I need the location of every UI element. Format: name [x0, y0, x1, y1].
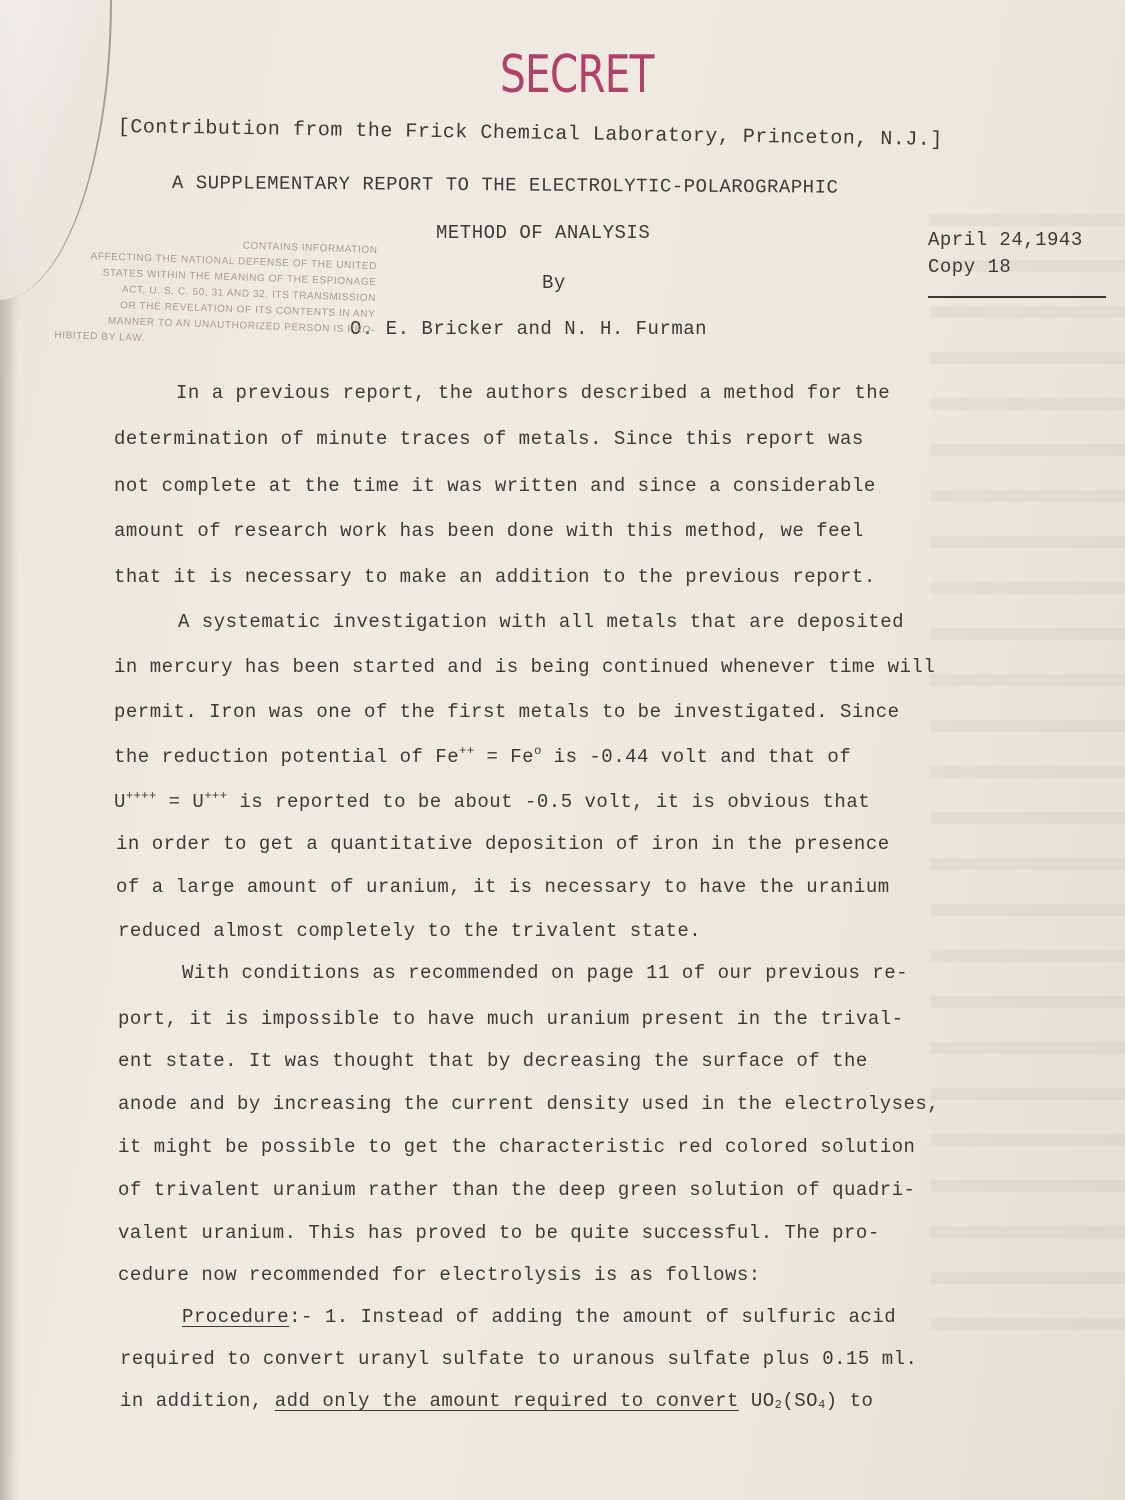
p3-line: anode and by increasing the current dens… — [118, 1093, 939, 1115]
p2-line: A systematic investigation with all meta… — [178, 611, 904, 633]
by-line: By — [542, 272, 566, 294]
copy-number: Copy 18 — [928, 256, 1011, 278]
superscript: ++++ — [126, 789, 157, 803]
text-segment: the reduction potential of Fe — [114, 746, 459, 768]
text-segment: :- 1. Instead of adding the amount of su… — [289, 1306, 896, 1328]
p3-line: cedure now recommended for electrolysis … — [118, 1264, 761, 1286]
p3-line: With conditions as recommended on page 1… — [182, 962, 908, 984]
secret-stamp: SECRET — [500, 45, 654, 105]
superscript: +++ — [204, 789, 227, 803]
superscript: ++ — [459, 744, 474, 758]
text-segment: U — [114, 791, 126, 813]
p3-line: port, it is impossible to have much uran… — [118, 1008, 904, 1030]
underlined-instruction: add only the amount required to convert — [275, 1390, 739, 1412]
p3-line: it might be possible to get the characte… — [118, 1136, 915, 1158]
text-segment: (SO — [782, 1390, 818, 1412]
p2-line: in mercury has been started and is being… — [114, 656, 935, 678]
p1-line: not complete at the time it was written … — [114, 475, 876, 497]
bleed-through-text — [930, 180, 1125, 1330]
p3-line: ent state. It was thought that by decrea… — [118, 1050, 868, 1072]
text-segment: = U — [157, 791, 205, 813]
espionage-act-stamp: CONTAINS INFORMATION AFFECTING THE NATIO… — [54, 232, 378, 355]
p2-line: in order to get a quantitative depositio… — [116, 833, 890, 855]
authors: O. E. Bricker and N. H. Furman — [350, 318, 707, 340]
text-segment: is -0.44 volt and that of — [542, 746, 851, 768]
p1-line: In a previous report, the authors descri… — [176, 382, 890, 404]
p1-line: amount of research work has been done wi… — [114, 520, 864, 542]
text-segment: in addition, — [120, 1390, 275, 1412]
procedure-line: Procedure:- 1. Instead of adding the amo… — [182, 1306, 896, 1328]
contribution-line: [Contribution from the Frick Chemical La… — [118, 116, 943, 152]
p1-line: that it is necessary to make an addition… — [114, 566, 876, 588]
p2-line-u: U++++ = U+++ is reported to be about -0.… — [114, 789, 870, 813]
document-page: SECRET [Contribution from the Frick Chem… — [0, 0, 1125, 1500]
subscript: 4 — [818, 1398, 826, 1412]
procedure-label: Procedure — [182, 1306, 289, 1328]
text-segment: is reported to be about -0.5 volt, it is… — [227, 791, 870, 813]
superscript: o — [534, 744, 542, 758]
date-underline — [928, 296, 1106, 298]
procedure-line: required to convert uranyl sulfate to ur… — [120, 1348, 917, 1370]
report-title-line2: METHOD OF ANALYSIS — [436, 222, 650, 244]
report-title-line1: A SUPPLEMENTARY REPORT TO THE ELECTROLYT… — [172, 172, 839, 199]
p2-line: of a large amount of uranium, it is nece… — [116, 876, 890, 898]
p3-line: valent uranium. This has proved to be qu… — [118, 1222, 880, 1244]
text-segment: ) to — [826, 1390, 874, 1412]
text-segment: UO — [739, 1390, 775, 1412]
p1-line: determination of minute traces of metals… — [114, 428, 864, 450]
text-segment: = Fe — [475, 746, 535, 768]
p3-line: of trivalent uranium rather than the dee… — [118, 1179, 915, 1201]
p2-line: reduced almost completely to the trivale… — [118, 920, 701, 942]
procedure-line: in addition, add only the amount require… — [120, 1390, 873, 1412]
report-date: April 24,1943 — [928, 229, 1083, 251]
p2-line: permit. Iron was one of the first metals… — [114, 701, 900, 723]
p2-line-fe: the reduction potential of Fe++ = Feo is… — [114, 744, 851, 768]
